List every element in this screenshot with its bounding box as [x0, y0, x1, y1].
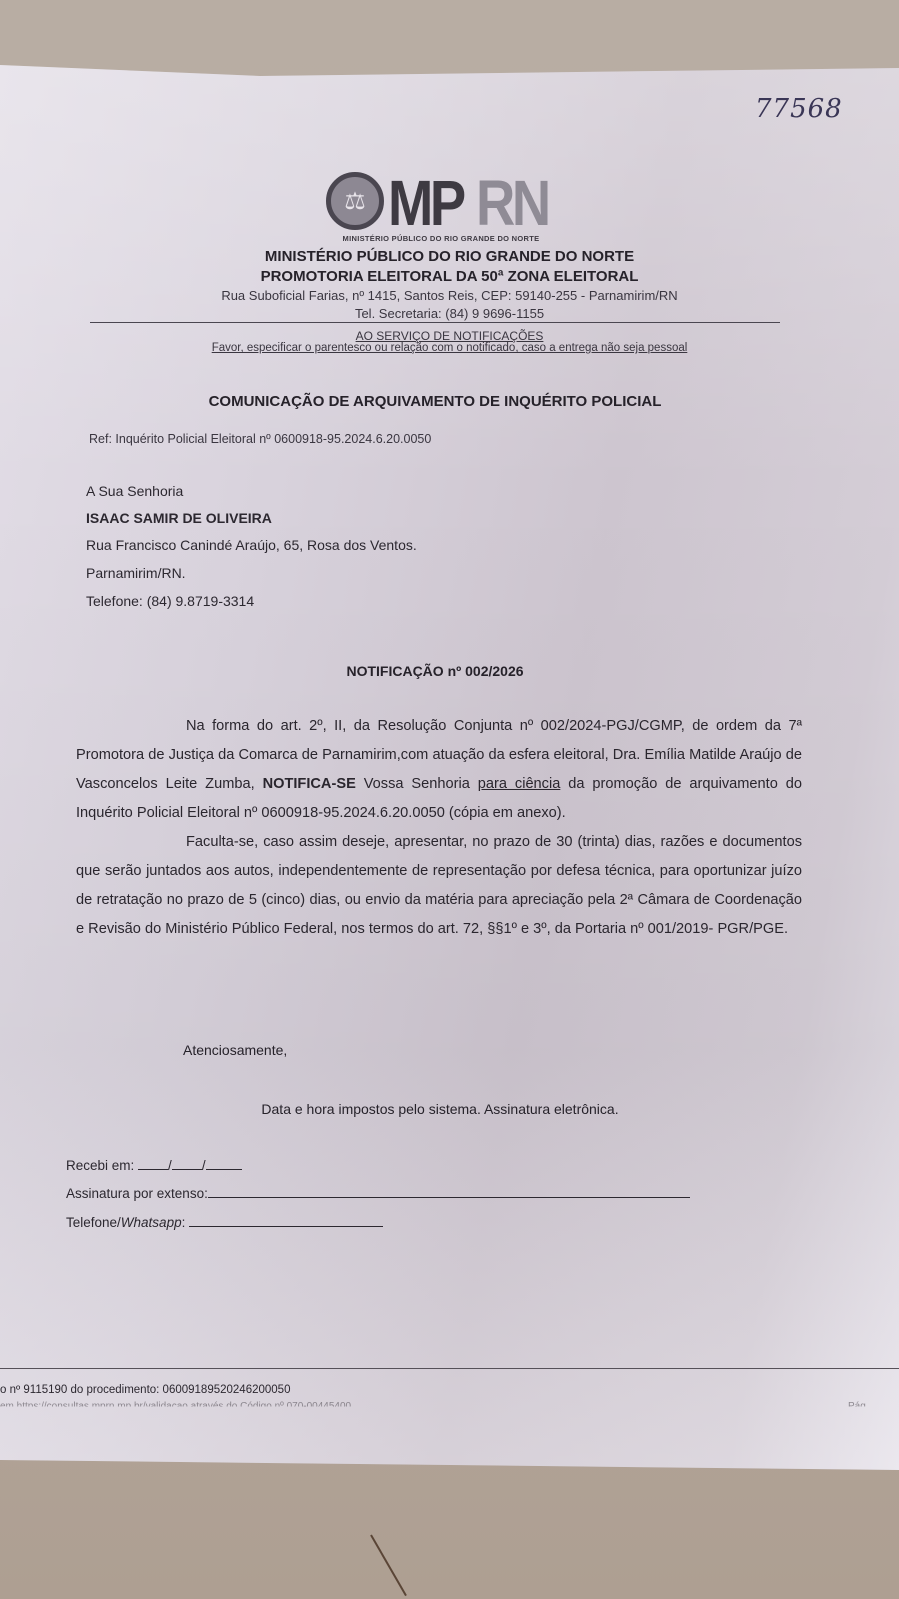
scales-of-justice-seal-icon: ⚖ [326, 172, 384, 230]
header-promotoria: PROMOTORIA ELEITORAL DA 50ª ZONA ELEITOR… [0, 268, 899, 285]
recipient-salutation: A Sua Senhoria [86, 483, 183, 499]
header-divider [90, 322, 780, 323]
closing-salutation: Atenciosamente, [183, 1042, 287, 1058]
service-note: AO SERVIÇO DE NOTIFICAÇÕES [0, 329, 899, 343]
footer-divider [0, 1368, 899, 1369]
handwritten-protocol-number: 77568 [755, 94, 843, 124]
logo-mp-text: MP [388, 166, 463, 240]
document-title: COMUNICAÇÃO DE ARQUIVAMENTO DE INQUÉRITO… [0, 393, 870, 410]
signature-field: Assinatura por extenso: [66, 1185, 690, 1201]
footer-procedure-line: o nº 9115190 do procedimento: 0600918952… [0, 1384, 290, 1396]
recipient-phone: Telefone: (84) 9.8719-3314 [86, 593, 254, 609]
header-institution: MINISTÉRIO PÚBLICO DO RIO GRANDE DO NORT… [0, 248, 899, 265]
logo-subtitle: MINISTÉRIO PÚBLICO DO RIO GRANDE DO NORT… [326, 234, 556, 243]
received-date-field: Recebi em: // [66, 1157, 242, 1173]
year-blank [206, 1157, 242, 1170]
received-label: Recebi em: [66, 1158, 134, 1173]
signature-note: Data e hora impostos pelo sistema. Assin… [0, 1101, 880, 1117]
day-blank [138, 1157, 168, 1170]
recipient-street: Rua Francisco Canindé Araújo, 65, Rosa d… [86, 537, 417, 553]
notifica-se-emphasis: NOTIFICA-SE [263, 776, 356, 792]
phone-label: Telefone/ [66, 1215, 121, 1230]
table-debris [370, 1535, 407, 1597]
logo-rn-text: RN [476, 166, 548, 240]
whatsapp-label: Whatsapp [121, 1215, 182, 1230]
signature-blank [208, 1185, 690, 1198]
paragraph-2: Faculta-se, caso assim deseje, apresenta… [76, 828, 802, 944]
signature-label: Assinatura por extenso: [66, 1186, 208, 1201]
notification-number: NOTIFICAÇÃO nº 002/2026 [0, 663, 870, 679]
header-phone: Tel. Secretaria: (84) 9 9696-1155 [0, 306, 899, 321]
recipient-city: Parnamirim/RN. [86, 565, 186, 581]
notification-body: Na forma do art. 2º, II, da Resolução Co… [76, 712, 802, 944]
mprn-logo: ⚖ MP RN MINISTÉRIO PÚBLICO DO RIO GRANDE… [326, 172, 556, 246]
document-reference: Ref: Inquérito Policial Eleitoral nº 060… [89, 432, 431, 446]
recipient-name: ISAAC SAMIR DE OLIVEIRA [86, 510, 272, 526]
paragraph-1-text-2: Vossa Senhoria [356, 776, 478, 792]
phone-whatsapp-field: Telefone/Whatsapp: [66, 1214, 383, 1230]
phone-blank [189, 1214, 383, 1227]
phone-label-colon: : [182, 1215, 186, 1230]
service-instruction: Favor, especificar o parentesco ou relaç… [0, 342, 899, 354]
paragraph-1: Na forma do art. 2º, II, da Resolução Co… [76, 712, 802, 828]
month-blank [172, 1157, 202, 1170]
header-address: Rua Suboficial Farias, nº 1415, Santos R… [0, 288, 899, 303]
para-ciencia-underlined: para ciência [478, 776, 561, 792]
